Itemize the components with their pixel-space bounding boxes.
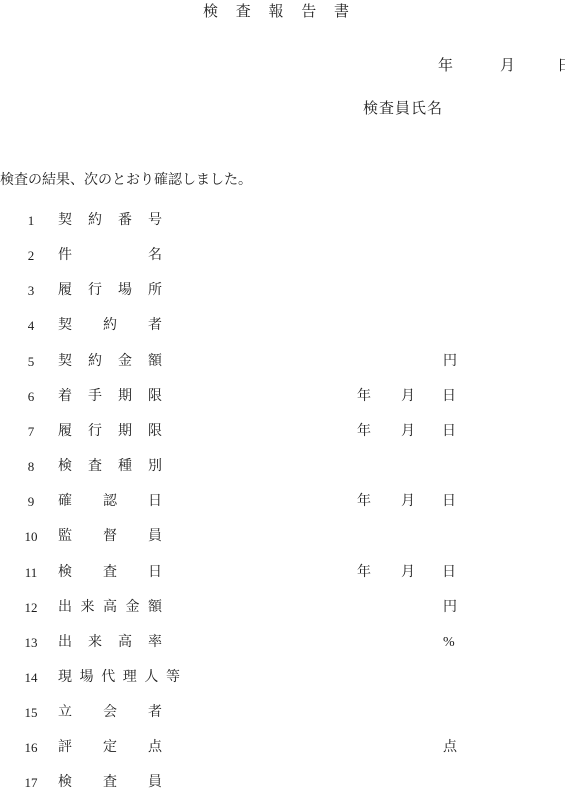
item-row-16: 16 評定点 点: [0, 738, 565, 758]
unit-label-yen: 円: [443, 352, 457, 372]
item-label: 履行場所: [58, 281, 162, 301]
item-number: 17: [22, 773, 40, 792]
inspector-name-label: 検査員氏名: [363, 99, 443, 119]
report-day-label: 日: [557, 56, 565, 76]
item-number: 6: [22, 387, 40, 407]
item-number: 9: [22, 492, 40, 512]
day-label: 日: [442, 492, 456, 512]
item-label: 契約番号: [58, 211, 162, 231]
item-row-1: 1 契約番号: [0, 211, 565, 231]
item-number: 2: [22, 246, 40, 266]
item-row-6: 6 着手期限 年 月 日: [0, 387, 565, 407]
item-row-9: 9 確認日 年 月 日: [0, 492, 565, 512]
item-row-13: 13 出来高率 %: [0, 633, 565, 653]
item-label: 現場代理人等: [58, 668, 180, 688]
day-label: 日: [442, 387, 456, 407]
item-row-2: 2 件名: [0, 246, 565, 266]
day-label: 日: [442, 422, 456, 442]
month-label: 月: [401, 563, 415, 583]
year-label: 年: [357, 492, 371, 512]
item-number: 13: [22, 633, 40, 653]
item-number: 10: [22, 527, 40, 547]
unit-label-points: 点: [443, 738, 457, 758]
item-label: 件名: [58, 246, 162, 266]
year-label: 年: [357, 387, 371, 407]
item-label: 履行期限: [58, 422, 162, 442]
item-row-5: 5 契約金額 円: [0, 352, 565, 372]
item-row-15: 15 立会者: [0, 703, 565, 723]
item-row-4: 4 契約者: [0, 316, 565, 336]
item-label: 立会者: [58, 703, 162, 723]
report-month-label: 月: [500, 56, 515, 76]
report-year-label: 年: [438, 56, 453, 76]
item-row-11: 11 検査日 年 月 日: [0, 563, 565, 583]
item-row-12: 12 出来高金額 円: [0, 598, 565, 618]
item-row-14: 14 現場代理人等: [0, 668, 565, 688]
item-label: 監督員: [58, 527, 162, 547]
item-row-3: 3 履行場所: [0, 281, 565, 301]
year-label: 年: [357, 422, 371, 442]
item-label: 検査種別: [58, 457, 162, 477]
item-number: 8: [22, 457, 40, 477]
inspection-report-page: 検査報告書 年 月 日 検査員氏名 検査の結果、次のとおり確認しました。 1 契…: [0, 0, 565, 792]
item-label: 確認日: [58, 492, 162, 512]
item-row-17: 17 検査員: [0, 773, 565, 792]
item-label: 検査員: [58, 773, 162, 792]
item-number: 5: [22, 352, 40, 372]
item-row-10: 10 監督員: [0, 527, 565, 547]
item-row-7: 7 履行期限 年 月 日: [0, 422, 565, 442]
month-label: 月: [401, 422, 415, 442]
item-label: 検査日: [58, 563, 162, 583]
year-label: 年: [357, 563, 371, 583]
item-number: 1: [22, 211, 40, 231]
item-label: 契約金額: [58, 352, 162, 372]
item-row-8: 8 検査種別: [0, 457, 565, 477]
unit-label-yen: 円: [443, 598, 457, 618]
month-label: 月: [401, 387, 415, 407]
unit-label-percent: %: [443, 633, 455, 653]
item-number: 3: [22, 281, 40, 301]
item-label: 出来高金額: [58, 598, 162, 618]
item-label: 着手期限: [58, 387, 162, 407]
item-number: 4: [22, 316, 40, 336]
item-label: 出来高率: [58, 633, 162, 653]
month-label: 月: [401, 492, 415, 512]
item-label: 契約者: [58, 316, 162, 336]
intro-text: 検査の結果、次のとおり確認しました。: [0, 171, 252, 191]
item-label: 評定点: [58, 738, 162, 758]
item-number: 12: [22, 598, 40, 618]
item-number: 14: [22, 668, 40, 688]
item-number: 7: [22, 422, 40, 442]
item-number: 15: [22, 703, 40, 723]
day-label: 日: [442, 563, 456, 583]
item-number: 11: [22, 563, 40, 583]
page-title: 検査報告書: [203, 2, 349, 22]
item-number: 16: [22, 738, 40, 758]
